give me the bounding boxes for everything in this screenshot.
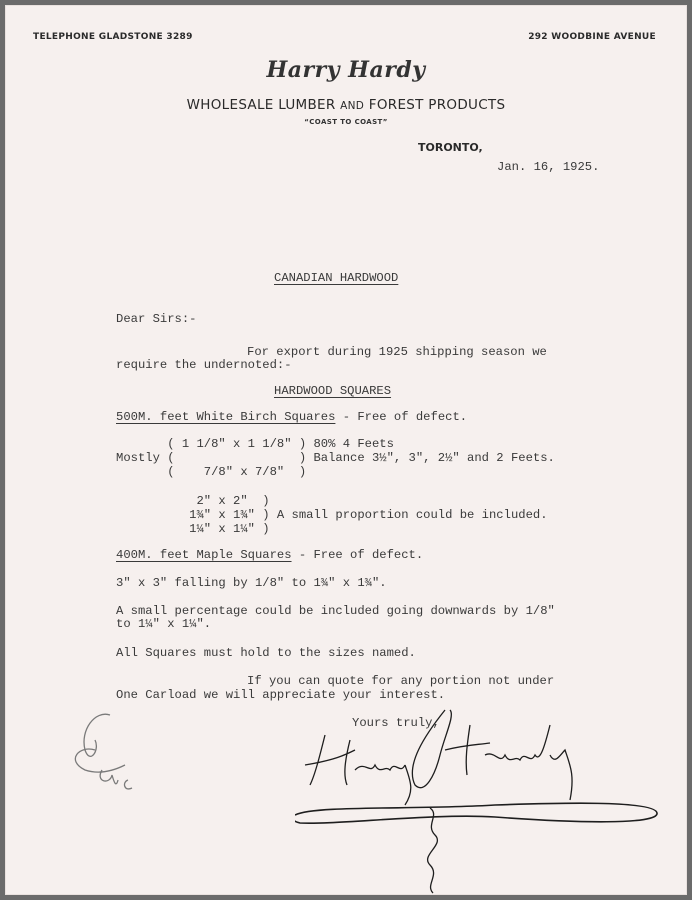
birch-alt-2: 1¾" x 1¾" ) A small proportion could be … xyxy=(116,508,548,522)
address: 292 WOODBINE AVENUE xyxy=(528,32,656,42)
birch-alt-3: 1¼" x 1¼" ) xyxy=(116,522,270,536)
salutation: Dear Sirs:- xyxy=(116,312,196,326)
handwritten-initials xyxy=(40,710,150,800)
letter-date: Jan. 16, 1925. xyxy=(497,160,599,174)
tagline-and: AND xyxy=(340,100,364,112)
maple-line-1: 3" x 3" falling by 1/8" to 1¾" x 1¾". xyxy=(116,576,387,590)
birch-line-1: ( 1 1/8" x 1 1/8" ) 80% 4 Feets xyxy=(116,437,394,451)
closing-line-2: One Carload we will appreciate your inte… xyxy=(116,688,445,702)
closing-line-1: If you can quote for any portion not und… xyxy=(247,674,554,688)
maple-title: 400M. feet Maple Squares - Free of defec… xyxy=(116,548,423,562)
signature xyxy=(295,705,675,900)
birch-title-underlined: 500M. feet White Birch Squares xyxy=(116,410,335,424)
telephone: TELEPHONE GLADSTONE 3289 xyxy=(33,32,193,42)
city: TORONTO, xyxy=(418,141,483,154)
section-heading: HARDWOOD SQUARES xyxy=(274,384,391,398)
company-tagline: WHOLESALE LUMBER AND FOREST PRODUCTS xyxy=(5,97,687,113)
birch-title-rest: - Free of defect. xyxy=(335,410,467,424)
subject-heading: CANADIAN HARDWOOD xyxy=(274,271,398,285)
birch-line-3: ( 7/8" x 7/8" ) xyxy=(116,465,306,479)
maple-title-rest: - Free of defect. xyxy=(292,548,424,562)
company-name: Harry Hardy xyxy=(5,57,687,83)
letter-page: TELEPHONE GLADSTONE 3289 292 WOODBINE AV… xyxy=(5,5,687,895)
birch-line-2: Mostly ( ) Balance 3½", 3", 2½" and 2 Fe… xyxy=(116,451,555,465)
intro-line-1: For export during 1925 shipping season w… xyxy=(247,345,547,359)
birch-title: 500M. feet White Birch Squares - Free of… xyxy=(116,410,467,424)
tagline-part2: FOREST PRODUCTS xyxy=(364,97,505,113)
birch-alt-1: 2" x 2" ) xyxy=(116,494,270,508)
motto: “COAST TO COAST” xyxy=(5,118,687,126)
maple-title-underlined: 400M. feet Maple Squares xyxy=(116,548,292,562)
sizes-note: All Squares must hold to the sizes named… xyxy=(116,646,416,660)
maple-line-3: to 1¼" x 1¼". xyxy=(116,617,211,631)
tagline-part1: WHOLESALE LUMBER xyxy=(187,97,341,113)
maple-line-2: A small percentage could be included goi… xyxy=(116,604,555,618)
intro-line-2: require the undernoted:- xyxy=(116,358,292,372)
